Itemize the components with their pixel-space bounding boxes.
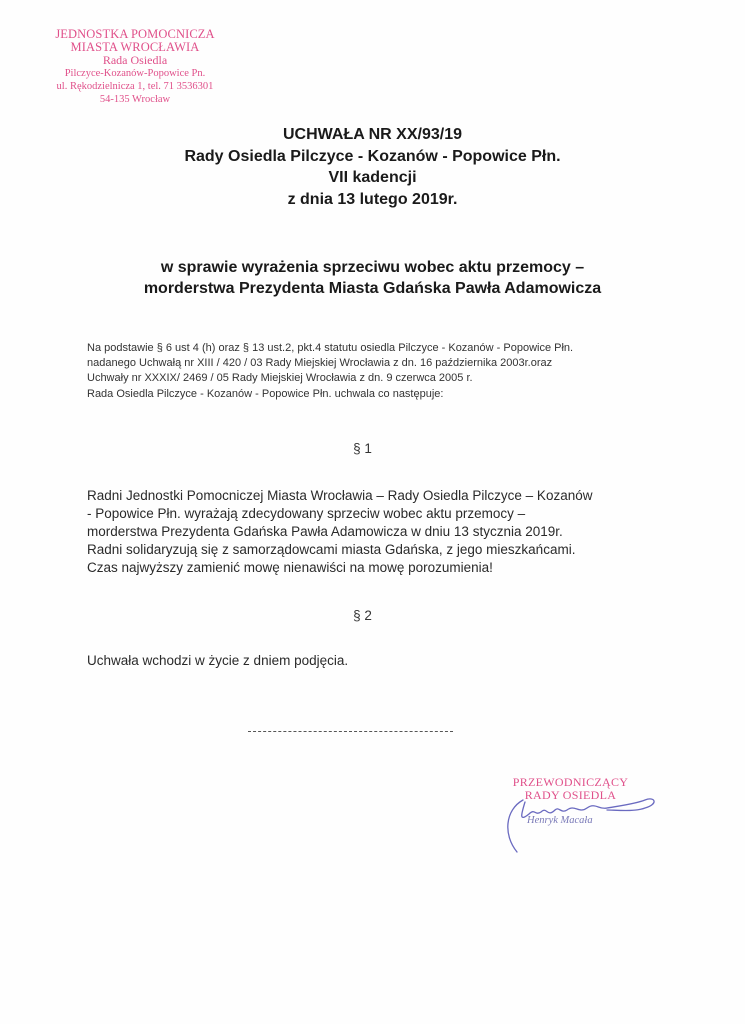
organization-stamp: JEDNOSTKA POMOCNICZA MIASTA WROCŁAWIA Ra… <box>30 28 240 106</box>
body-line: Czas najwyższy zamienić mowę nienawiści … <box>87 559 667 577</box>
body-line: Radni Jednostki Pomocniczej Miasta Wrocł… <box>87 487 667 505</box>
stamp-line: 54-135 Wrocław <box>30 93 240 106</box>
body-line: morderstwa Prezydenta Gdańska Pawła Adam… <box>87 523 667 541</box>
basis-line: Rada Osiedla Pilczyce - Kozanów - Popowi… <box>87 387 647 402</box>
subject-line: w sprawie wyrażenia sprzeciwu wobec aktu… <box>0 257 745 278</box>
body-line: - Popowice Płn. wyrażają zdecydowany spr… <box>87 505 667 523</box>
council-name: Rady Osiedla Pilczyce - Kozanów - Popowi… <box>0 146 745 168</box>
body-line: Uchwała wchodzi w życie z dniem podjęcia… <box>87 653 348 668</box>
legal-basis: Na podstawie § 6 ust 4 (h) oraz § 13 ust… <box>87 341 647 402</box>
resolution-title: UCHWAŁA NR XX/93/19 Rady Osiedla Pilczyc… <box>0 124 745 210</box>
basis-line: Na podstawie § 6 ust 4 (h) oraz § 13 ust… <box>87 341 647 356</box>
body-line: Radni solidaryzują się z samorządowcami … <box>87 541 667 559</box>
stamp-line: Rada Osiedla <box>30 54 240 67</box>
document-page: JEDNOSTKA POMOCNICZA MIASTA WROCŁAWIA Ra… <box>0 0 745 1024</box>
basis-line: nadanego Uchwałą nr XIII / 420 / 03 Rady… <box>87 356 647 371</box>
basis-line: Uchwały nr XXXIX/ 2469 / 05 Rady Miejski… <box>87 371 647 386</box>
stamp-line: Pilczyce-Kozanów-Popowice Pn. <box>30 67 240 80</box>
signature-line <box>248 731 453 732</box>
resolution-subject: w sprawie wyrażenia sprzeciwu wobec aktu… <box>0 257 745 299</box>
resolution-date: z dnia 13 lutego 2019r. <box>0 189 745 211</box>
term: VII kadencji <box>0 167 745 189</box>
resolution-number: UCHWAŁA NR XX/93/19 <box>0 124 745 146</box>
section-1-body: Radni Jednostki Pomocniczej Miasta Wrocł… <box>87 487 667 577</box>
stamp-line: ul. Rękodzielnicza 1, tel. 71 3536301 <box>30 80 240 93</box>
section-2-body: Uchwała wchodzi w życie z dniem podjęcia… <box>87 653 348 668</box>
section-heading-2: § 2 <box>0 608 725 623</box>
subject-line: morderstwa Prezydenta Miasta Gdańska Paw… <box>0 278 745 299</box>
chairman-name: Henryk Macała <box>527 815 593 826</box>
section-heading-1: § 1 <box>0 441 725 456</box>
